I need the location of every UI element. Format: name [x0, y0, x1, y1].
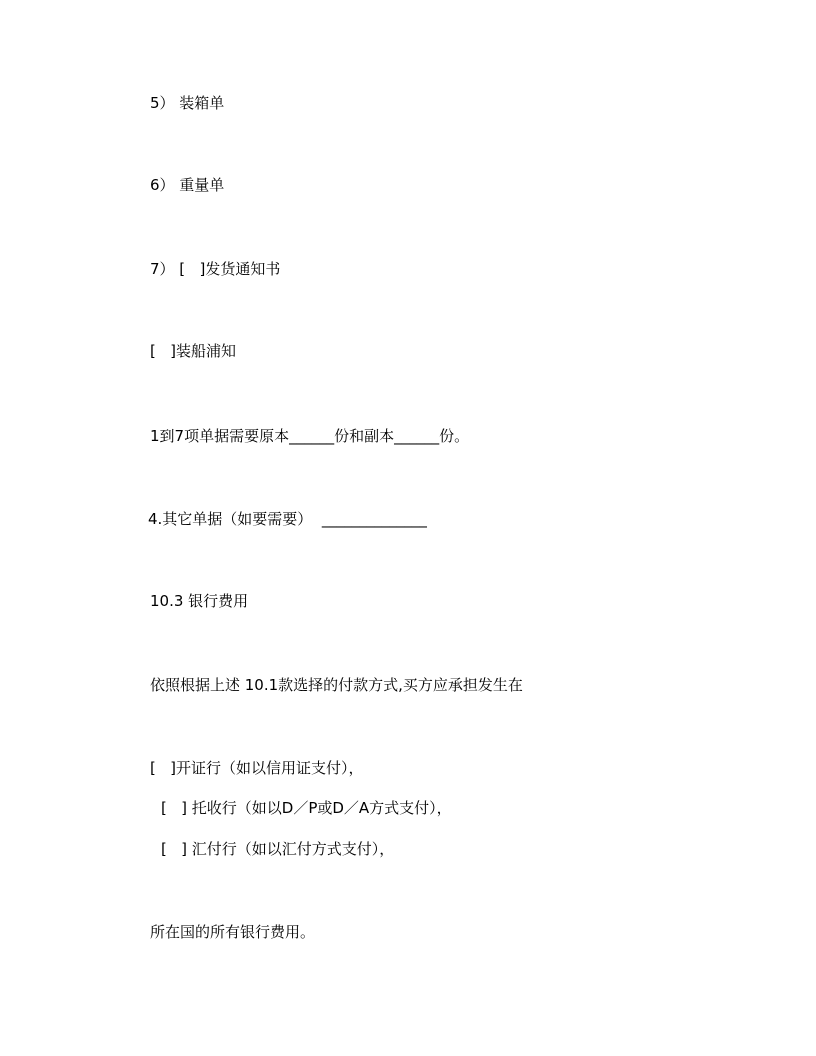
doc-line-packing-list: 5） 装箱单 — [150, 93, 224, 113]
doc-line-other-documents-blank: 4.其它单据（如要需要） ______________ — [148, 509, 427, 529]
doc-option-collecting-bank: [ ] 托收行（如以D／P或D／A方式支付）， — [161, 798, 452, 818]
doc-heading-banking-charges: 10.3 银行费用 — [150, 591, 248, 611]
doc-line-bank-charges-country: 所在国的所有银行费用。 — [150, 922, 315, 942]
doc-line-copies-blank: 1到7项单据需要原本______份和副本______份。 — [150, 426, 469, 446]
doc-option-issuing-bank: [ ]开证行（如以信用证支付）， — [150, 758, 364, 778]
document-page: 5） 装箱单 6） 重量单 7） [ ]发货通知书 [ ]装船浦知 1到7项单据… — [0, 0, 816, 1056]
doc-option-remitting-bank: [ ] 汇付行（如以汇付方式支付）， — [161, 839, 394, 859]
doc-line-shipping-advice: [ ]装船浦知 — [150, 341, 236, 361]
doc-line-weight-memo: 6） 重量单 — [150, 175, 224, 195]
doc-line-payment-terms-intro: 依照根据上述 10.1款选择的付款方式,买方应承担发生在 — [150, 675, 523, 695]
doc-line-dispatch-notice: 7） [ ]发货通知书 — [150, 259, 280, 279]
